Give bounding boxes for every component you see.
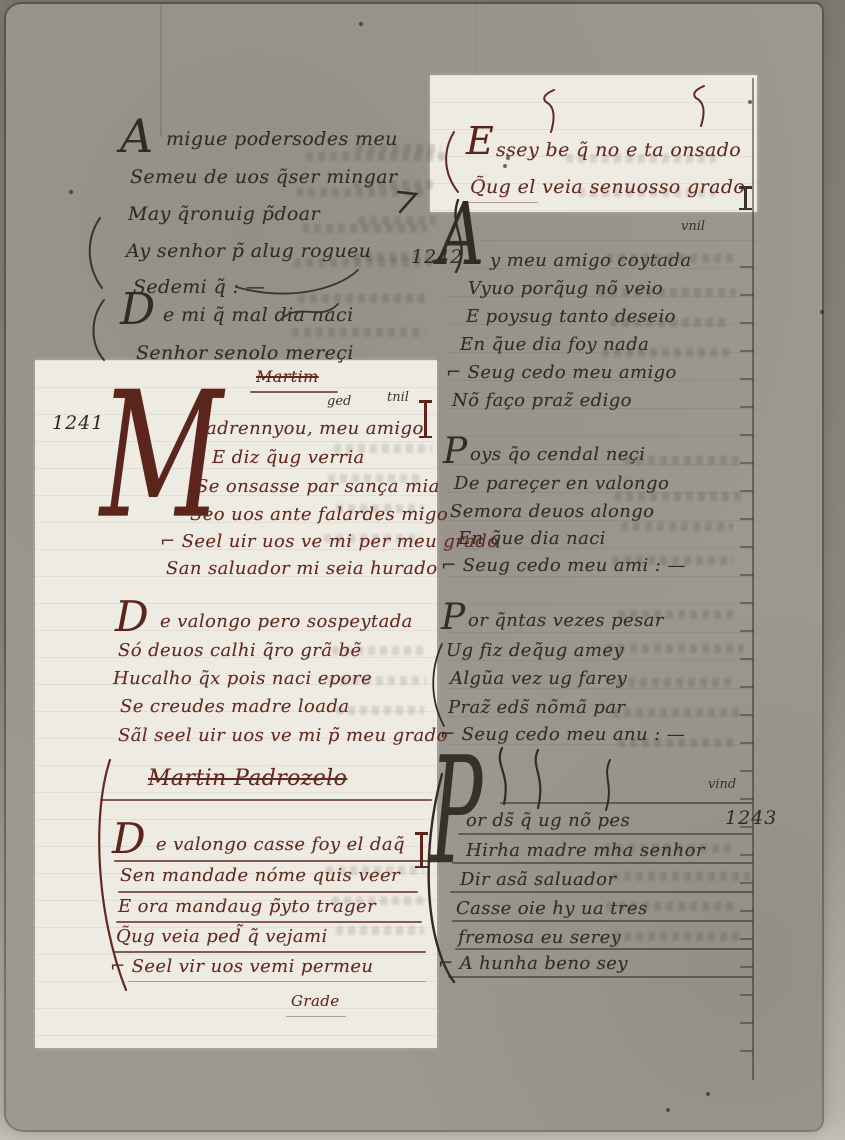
verse-line: Q̃ug el veia senuosso grado xyxy=(470,176,745,198)
bleedthrough-mark xyxy=(292,328,425,337)
verse-line: adrennyou, meu amigo xyxy=(206,418,424,439)
verse-line: or ds̃ q̃ ug nõ pes xyxy=(466,810,630,831)
ruling-tick xyxy=(740,574,753,576)
verse-line: May q̃ronuig p̃doar xyxy=(128,203,320,225)
verse-line: Sen mandade nóme quis veer xyxy=(120,865,400,886)
ruling-tick xyxy=(740,882,753,884)
ruling-tick xyxy=(740,322,753,324)
ruled-line xyxy=(458,833,753,835)
verse-line: ⌐ A hunha beno sey xyxy=(438,953,628,974)
stanza-initial: E xyxy=(466,126,494,156)
signature-rule xyxy=(100,799,432,801)
stanza-initial: D xyxy=(120,292,155,327)
bleedthrough-mark xyxy=(606,644,744,653)
swash-flourish xyxy=(536,750,541,808)
manuscript-scan: A migue podersodes meu Semeu de uos q̃se… xyxy=(0,0,845,1140)
stanza-initial: P xyxy=(441,604,465,633)
swash-flourish xyxy=(500,748,506,804)
bleedthrough-mark xyxy=(306,152,446,161)
ruling-tick xyxy=(740,490,753,492)
ruling-tick xyxy=(740,518,753,520)
verse-line: ⌐ Seug cedo meu ami : — xyxy=(441,555,686,576)
ink-speck xyxy=(69,190,73,194)
bracket-mark xyxy=(420,832,423,868)
verse-line: Hucalho q̃x pois naci epore xyxy=(113,668,372,689)
bleedthrough-mark xyxy=(302,224,427,233)
brace-mark xyxy=(90,218,102,288)
ink-speck xyxy=(506,156,510,160)
verse-line: Ug fiz deq̃ug amey xyxy=(446,640,624,661)
bleedthrough-mark xyxy=(612,932,744,941)
ruling-tick xyxy=(740,434,753,436)
verse-line: Praz̃ eds̃ nõmã par xyxy=(448,697,625,718)
header-name: Martim xyxy=(256,367,319,386)
ruled-line xyxy=(452,920,753,922)
ruling-tick xyxy=(740,770,753,772)
margin-note: vnil xyxy=(681,219,705,234)
ruling-tick xyxy=(740,938,753,940)
verse-line: or q̃ntas vezes pesar xyxy=(468,610,664,631)
ruling-tick xyxy=(740,378,753,380)
verse-line: Semora deuos alongo xyxy=(450,501,654,522)
ink-speck xyxy=(503,164,507,168)
ink-speck xyxy=(706,1092,710,1096)
verse-line: fremosa eu serey xyxy=(458,927,621,948)
ruling-tick xyxy=(740,686,753,688)
underline xyxy=(114,860,432,862)
margin-number-1243: 1243 xyxy=(725,807,777,829)
verse-line: Se creudes madre loada xyxy=(120,696,349,717)
ruling-tick xyxy=(740,630,753,632)
margin-number-1241: 1241 xyxy=(52,412,104,434)
verse-line: Hirha madre mha senhor xyxy=(466,840,705,861)
stanza-initial: D xyxy=(112,822,146,856)
ruled-line xyxy=(450,891,753,893)
ruling-tick xyxy=(740,854,753,856)
verse-line: En q̃ue dia naci xyxy=(458,528,606,549)
verse-line: Nõ faço praz̃ edigo xyxy=(452,390,632,411)
verse-line: e valongo casse foy el daq̃ xyxy=(156,834,405,855)
margin-note-grade: Grade xyxy=(291,992,340,1010)
underline xyxy=(286,1016,346,1017)
verse-line: Semeu de uos q̃ser mingar xyxy=(130,166,398,188)
verse-line: E poysug tanto deseio xyxy=(466,306,676,327)
bracket-mark xyxy=(744,186,747,210)
verse-line: Dir asã saluador xyxy=(460,869,616,890)
stanza-initial: P xyxy=(443,438,467,467)
ink-speck xyxy=(359,22,363,26)
verse-line: Vyuo porq̃ug nõ veio xyxy=(468,278,663,299)
ink-speck xyxy=(666,1108,670,1112)
underline xyxy=(128,981,426,982)
verse-line: E ora mandaug p̃yto trager xyxy=(118,896,376,917)
verse-line: Seo uos ante falardes migo xyxy=(190,504,448,525)
ruled-line xyxy=(500,802,753,804)
bleedthrough-mark xyxy=(612,708,740,717)
ruled-line xyxy=(452,862,753,864)
verse-line: Se onsasse par sança mia xyxy=(196,476,440,497)
verse-line: Ay senhor p̃ alug rogueu xyxy=(126,240,371,262)
column-ruling xyxy=(752,78,754,1080)
ruling-tick xyxy=(740,462,753,464)
bleedthrough-mark xyxy=(358,216,436,225)
ruling-tick xyxy=(740,1050,753,1052)
verse-line: Só deuos calhi q̃ro grã bẽ xyxy=(118,640,362,661)
margin-note: tnil xyxy=(387,390,409,405)
ruling-tick xyxy=(740,350,753,352)
ruled-line xyxy=(455,948,753,950)
stanza-initial: D xyxy=(115,600,149,634)
ruling-tick xyxy=(740,714,753,716)
verse-line: ⌐ Seel vir uos vemi permeu xyxy=(110,956,373,977)
verse-line: En q̃ue dia foy nada xyxy=(460,334,649,355)
ruling-tick xyxy=(740,266,753,268)
ruling-tick xyxy=(740,546,753,548)
verse-line: e valongo pero sospeytada xyxy=(160,611,413,632)
verse-line: ⌐ Seel uir uos ve mi per meu grado xyxy=(160,531,498,552)
verse-line: y meu amigo coytada xyxy=(490,250,691,271)
margin-note: ged xyxy=(327,394,351,409)
ruling-tick xyxy=(740,658,753,660)
ruling-tick xyxy=(740,910,753,912)
ruling-tick xyxy=(740,406,753,408)
ruled-line xyxy=(448,976,753,978)
ink-speck xyxy=(820,310,824,314)
ruling-tick xyxy=(740,994,753,996)
verse-line: San saluador mi seia hurado xyxy=(166,558,437,579)
bleedthrough-mark xyxy=(336,926,424,935)
bracket-mark xyxy=(424,400,427,438)
verse-line: Sãl seel uir uos ve mi p̃ meu grado xyxy=(118,725,448,746)
verse-line: ssey be q̃ no e ta onsado xyxy=(496,139,741,161)
margin-note: vind xyxy=(708,777,736,792)
bleedthrough-mark xyxy=(621,522,733,531)
bleedthrough-mark xyxy=(616,678,734,687)
verse-line: Casse oie hy ua tres xyxy=(456,898,648,919)
fold-crease xyxy=(160,4,162,136)
underline xyxy=(118,891,418,893)
ruling-tick xyxy=(740,798,753,800)
verse-line: migue podersodes meu xyxy=(166,128,398,150)
verse-line: Algũa vez ug farey xyxy=(450,668,627,689)
author-signature: Martin Padrozelo xyxy=(148,766,347,791)
verse-line: De pareçer en valongo xyxy=(454,473,669,494)
stanza-initial-large: A xyxy=(438,202,484,271)
underline xyxy=(114,951,426,953)
brace-mark xyxy=(94,300,105,360)
stanza-initial: A xyxy=(120,118,153,155)
fold-crease xyxy=(476,4,477,74)
verse-line: E diz q̃ug verria xyxy=(212,447,365,468)
ruling-tick xyxy=(740,1022,753,1024)
underline xyxy=(250,391,338,393)
ink-speck xyxy=(748,100,752,104)
manuscript-page: A migue podersodes meu Semeu de uos q̃se… xyxy=(6,4,822,1130)
verse-line: ⌐ Seug cedo meu amigo xyxy=(446,362,677,383)
bleedthrough-mark xyxy=(612,872,750,881)
verse-line: Q̃ug veia ped̃ q̃ vejami xyxy=(116,926,328,947)
bleedthrough-mark xyxy=(298,294,426,303)
verse-line: e mi q̃ mal dia naci xyxy=(163,304,354,326)
ruling-tick xyxy=(740,966,753,968)
ruling-tick xyxy=(740,602,753,604)
bleedthrough-mark xyxy=(296,188,426,197)
underline xyxy=(116,921,422,923)
ruling-tick xyxy=(740,294,753,296)
verse-line: oys q̃o cendal neçi xyxy=(470,444,645,465)
ruling-tick xyxy=(740,742,753,744)
